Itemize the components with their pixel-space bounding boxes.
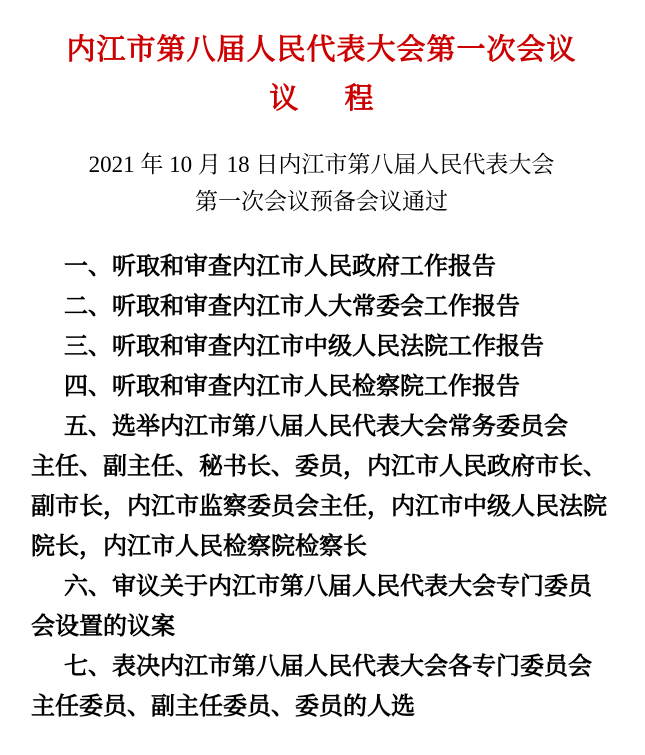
agenda-item-6-line-1: 六、审议关于内江市第八届人民代表大会专门委员 (31, 566, 612, 606)
agenda-word-char-2: 程 (345, 81, 374, 115)
agenda-item-2-line-1: 二、听取和审查内江市人大常委会工作报告 (31, 286, 612, 326)
approval-note-line-1: 2021 年 10 月 18 日内江市第八届人民代表大会 (31, 146, 612, 183)
agenda-list: 一、听取和审查内江市人民政府工作报告 二、听取和审查内江市人大常委会工作报告 三… (31, 246, 612, 726)
document-title: 内江市第八届人民代表大会第一次会议 (31, 26, 612, 72)
agenda-item-5-line-4: 院长，内江市人民检察院检察长 (31, 526, 612, 566)
agenda-item-3: 三、听取和审查内江市中级人民法院工作报告 (31, 326, 612, 366)
agenda-item-3-line-1: 三、听取和审查内江市中级人民法院工作报告 (31, 326, 612, 366)
agenda-item-4: 四、听取和审查内江市人民检察院工作报告 (31, 366, 612, 406)
agenda-item-7-line-2: 主任委员、副主任委员、委员的人选 (31, 686, 612, 726)
agenda-item-6: 六、审议关于内江市第八届人民代表大会专门委员 会设置的议案 (31, 566, 612, 646)
agenda-word-char-1: 议 (269, 81, 298, 115)
agenda-item-5-line-1: 五、选举内江市第八届人民代表大会常务委员会 (31, 406, 612, 446)
agenda-item-2: 二、听取和审查内江市人大常委会工作报告 (31, 286, 612, 326)
agenda-item-1-line-1: 一、听取和审查内江市人民政府工作报告 (31, 246, 612, 286)
approval-note: 2021 年 10 月 18 日内江市第八届人民代表大会 第一次会议预备会议通过 (31, 146, 612, 220)
document-title-agenda-word: 议 程 (31, 78, 612, 118)
approval-note-line-2: 第一次会议预备会议通过 (31, 183, 612, 220)
document-page: 内江市第八届人民代表大会第一次会议 议 程 2021 年 10 月 18 日内江… (0, 0, 645, 755)
agenda-item-6-line-2: 会设置的议案 (31, 606, 612, 646)
agenda-item-5: 五、选举内江市第八届人民代表大会常务委员会 主任、副主任、秘书长、委员，内江市人… (31, 406, 612, 566)
agenda-item-4-line-1: 四、听取和审查内江市人民检察院工作报告 (31, 366, 612, 406)
agenda-item-5-line-3: 副市长，内江市监察委员会主任，内江市中级人民法院 (31, 486, 612, 526)
agenda-item-7: 七、表决内江市第八届人民代表大会各专门委员会 主任委员、副主任委员、委员的人选 (31, 646, 612, 726)
agenda-item-7-line-1: 七、表决内江市第八届人民代表大会各专门委员会 (31, 646, 612, 686)
agenda-item-1: 一、听取和审查内江市人民政府工作报告 (31, 246, 612, 286)
agenda-item-5-line-2: 主任、副主任、秘书长、委员，内江市人民政府市长、 (31, 446, 612, 486)
